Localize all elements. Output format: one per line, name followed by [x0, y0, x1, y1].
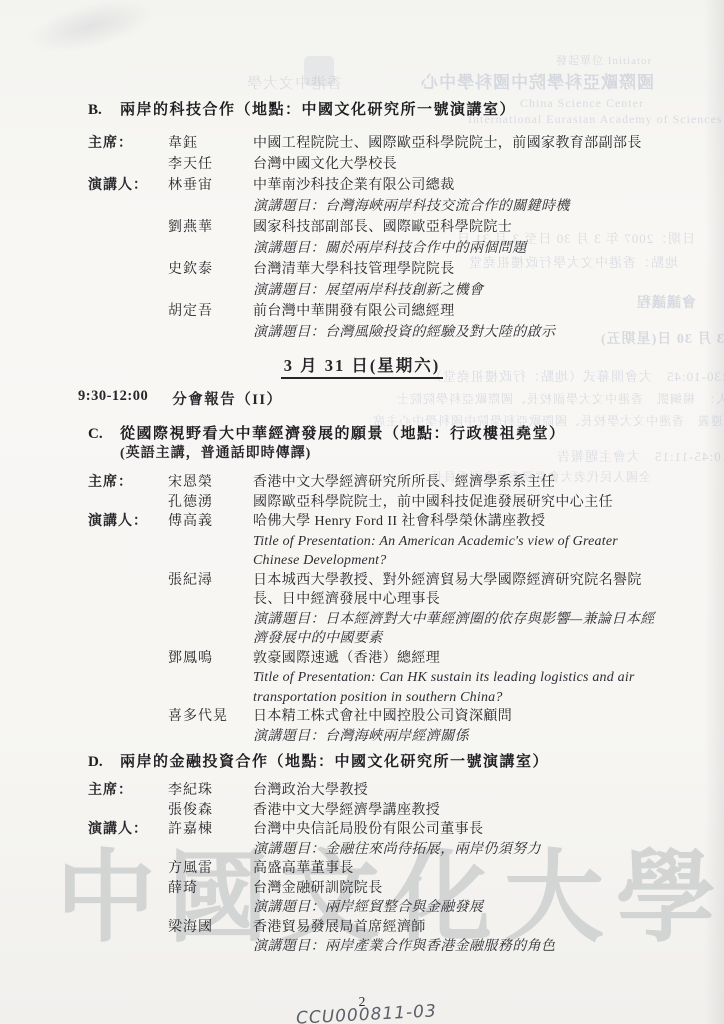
speaker-affiliation: 香港中文大學經濟學講座教授 — [253, 801, 666, 821]
speaker-affiliation: 日本城西大學教授、對外經濟貿易大學國際經濟研究院名譽院長、日中經濟發展中心理事長 — [253, 571, 666, 610]
scan-edge-shadow — [704, 0, 724, 1024]
speaker-name — [168, 668, 253, 707]
speaker-name — [168, 610, 253, 649]
time-range: 9:30-12:00 — [78, 388, 148, 409]
agenda-row: 演講題目：兩岸經貿整合與金融發展 — [88, 898, 666, 918]
session-title: 兩岸的科技合作（地點：中國文化研究所一號演講室） — [120, 100, 516, 120]
speaker-affiliation: 演講題目：台灣風險投資的經驗及對大陸的啟示 — [253, 322, 666, 343]
role-label — [88, 879, 168, 899]
speaker-name: 薛琦 — [168, 879, 253, 899]
speaker-name: 梁海國 — [168, 918, 253, 938]
speaker-name — [168, 238, 253, 259]
agenda-row: 張紀潯 日本城西大學教授、對外經濟貿易大學國際經濟研究院名譽院長、日中經濟發展中… — [88, 571, 666, 610]
agenda-row: 演講題目：關於兩岸科技合作中的兩個問題 — [88, 238, 666, 259]
agenda-row: Title of Presentation: An American Acade… — [88, 532, 666, 571]
speaker-affiliation: 敦豪國際速遞（香港）總經理 — [253, 649, 666, 669]
speaker-name: 宋恩榮 — [168, 473, 253, 493]
speaker-affiliation: 國家科技部副部長、國際歐亞科學院院士 — [253, 217, 666, 238]
session-d: D. 兩岸的金融投資合作（地點：中國文化研究所一號演講室） 主席： 李紀珠 台灣… — [88, 752, 666, 957]
session-letter: B. — [88, 100, 120, 120]
speaker-name: 方風雷 — [168, 859, 253, 879]
role-label — [88, 217, 168, 238]
time-slot-title: 分會報告（II） — [172, 388, 282, 409]
session-c: C. 從國際視野看大中華經濟發展的願景（地點：行政樓祖堯堂） (英語主講，普通話… — [88, 424, 666, 746]
session-title: 從國際視野看大中華經濟發展的願景（地點：行政樓祖堯堂） — [120, 424, 566, 444]
program-page-content: B. 兩岸的科技合作（地點：中國文化研究所一號演講室） 主席： 韋鈺 中國工程院… — [0, 0, 724, 1024]
speaker-name: 鄧鳳鳴 — [168, 649, 253, 669]
role-label — [88, 649, 168, 669]
time-slot: 9:30-12:00 分會報告（II） — [78, 388, 283, 409]
role-label — [88, 259, 168, 280]
speaker-affiliation: 台灣清華大學科技管理學院院長 — [253, 259, 666, 280]
agenda-row: 演講題目：台灣海峽兩岸科技交流合作的關鍵時機 — [88, 196, 666, 217]
role-label: 演講人： — [88, 820, 168, 840]
agenda-row: 演講題目：展望兩岸科技創新之機會 — [88, 280, 666, 301]
session-d-heading: D. 兩岸的金融投資合作（地點：中國文化研究所一號演講室） — [88, 752, 666, 772]
speaker-affiliation: 台灣中央信託局股份有限公司董事長 — [253, 820, 666, 840]
speaker-affiliation: 演講題目：關於兩岸科技合作中的兩個問題 — [253, 238, 666, 259]
speaker-affiliation: 高盛高華董事長 — [253, 859, 666, 879]
speaker-affiliation: 中國工程院院士、國際歐亞科學院院士，前國家教育部副部長 — [253, 133, 666, 154]
agenda-row: 胡定吾 前台灣中華開發有限公司總經理 — [88, 301, 666, 322]
speaker-name — [168, 898, 253, 918]
speaker-affiliation: 台灣政治大學教授 — [253, 781, 666, 801]
agenda-row: 梁海國 香港貿易發展局首席經濟師 — [88, 918, 666, 938]
speaker-affiliation: 演講題目：日本經濟對大中華經濟圈的依存與影響—兼論日本經濟發展中的中國要素 — [253, 610, 666, 649]
speaker-name: 許嘉棟 — [168, 820, 253, 840]
speaker-name: 韋鈺 — [168, 133, 253, 154]
agenda-row: 演講人： 許嘉棟 台灣中央信託局股份有限公司董事長 — [88, 820, 666, 840]
date-heading: 3 月 31 日(星期六) — [281, 352, 444, 379]
role-label — [88, 532, 168, 571]
speaker-name: 傅高義 — [168, 512, 253, 532]
speaker-name: 胡定吾 — [168, 301, 253, 322]
role-label — [88, 610, 168, 649]
agenda-row: 演講題目：日本經濟對大中華經濟圈的依存與影響—兼論日本經濟發展中的中國要素 — [88, 610, 666, 649]
speaker-affiliation: 香港貿易發展局首席經濟師 — [253, 918, 666, 938]
role-label: 主席： — [88, 133, 168, 154]
speaker-name — [168, 727, 253, 747]
agenda-row: 史欽泰 台灣清華大學科技管理學院院長 — [88, 259, 666, 280]
speaker-name — [168, 322, 253, 343]
role-label — [88, 801, 168, 821]
session-c-rows: 主席： 宋恩榮 香港中文大學經濟研究所所長、經濟學系系主任 孔德湧 國際歐亞科學… — [88, 473, 666, 746]
session-title: 兩岸的金融投資合作（地點：中國文化研究所一號演講室） — [120, 752, 549, 772]
speaker-name: 林垂宙 — [168, 175, 253, 196]
speaker-affiliation: 台灣金融研訓院院長 — [253, 879, 666, 899]
role-label — [88, 322, 168, 343]
speaker-name: 劉燕華 — [168, 217, 253, 238]
agenda-row: 演講題目：金融往來尚待拓展，兩岸仍須努力 — [88, 840, 666, 860]
speaker-affiliation: 演講題目：台灣海峽兩岸科技交流合作的關鍵時機 — [253, 196, 666, 217]
speaker-name: 李紀珠 — [168, 781, 253, 801]
speaker-affiliation: 演講題目：兩岸產業合作與香港金融服務的角色 — [253, 937, 666, 957]
agenda-row: 方風雷 高盛高華董事長 — [88, 859, 666, 879]
speaker-affiliation: 中華南沙科技企業有限公司總裁 — [253, 175, 666, 196]
speaker-affiliation: 國際歐亞科學院院士，前中國科技促進發展研究中心主任 — [253, 493, 666, 513]
speaker-name — [168, 840, 253, 860]
agenda-row: 演講人： 傅高義 哈佛大學 Henry Ford II 社會科學榮休講座教授 — [88, 512, 666, 532]
speaker-affiliation: 日本精工株式會社中國控股公司資深顧問 — [253, 707, 666, 727]
role-label — [88, 571, 168, 610]
agenda-row: Title of Presentation: Can HK sustain it… — [88, 668, 666, 707]
speaker-name: 喜多代晃 — [168, 707, 253, 727]
speaker-name: 孔德湧 — [168, 493, 253, 513]
agenda-row: 孔德湧 國際歐亞科學院院士，前中國科技促進發展研究中心主任 — [88, 493, 666, 513]
agenda-row: 演講題目：兩岸產業合作與香港金融服務的角色 — [88, 937, 666, 957]
role-label — [88, 918, 168, 938]
role-label — [88, 301, 168, 322]
session-d-rows: 主席： 李紀珠 台灣政治大學教授 張俊森 香港中文大學經濟學講座教授 演講人： … — [88, 781, 666, 957]
agenda-row: 主席： 宋恩榮 香港中文大學經濟研究所所長、經濟學系系主任 — [88, 473, 666, 493]
agenda-row: 鄧鳳鳴 敦豪國際速遞（香港）總經理 — [88, 649, 666, 669]
role-label — [88, 707, 168, 727]
role-label — [88, 668, 168, 707]
speaker-affiliation: 香港中文大學經濟研究所所長、經濟學系系主任 — [253, 473, 666, 493]
speaker-name: 史欽泰 — [168, 259, 253, 280]
role-label: 演講人： — [88, 175, 168, 196]
session-letter: C. — [88, 424, 120, 444]
role-label — [88, 859, 168, 879]
session-c-language-note: (英語主講，普通話即時傳譯) — [120, 444, 666, 464]
role-label — [88, 840, 168, 860]
speaker-affiliation: 演講題目：台灣海峽兩岸經濟關係 — [253, 727, 666, 747]
agenda-row: 演講題目：台灣海峽兩岸經濟關係 — [88, 727, 666, 747]
agenda-row: 喜多代晃 日本精工株式會社中國控股公司資深顧問 — [88, 707, 666, 727]
speaker-name — [168, 532, 253, 571]
scanned-document-page: { "document": { "page_number": "2", "arc… — [0, 0, 724, 1024]
agenda-row: 薛琦 台灣金融研訓院院長 — [88, 879, 666, 899]
session-b: B. 兩岸的科技合作（地點：中國文化研究所一號演講室） 主席： 韋鈺 中國工程院… — [88, 100, 666, 343]
role-label — [88, 937, 168, 957]
speaker-name: 李天任 — [168, 154, 253, 175]
speaker-affiliation: 演講題目：兩岸經貿整合與金融發展 — [253, 898, 666, 918]
speaker-name: 張紀潯 — [168, 571, 253, 610]
speaker-name — [168, 196, 253, 217]
role-label — [88, 898, 168, 918]
session-b-heading: B. 兩岸的科技合作（地點：中國文化研究所一號演講室） — [88, 100, 666, 120]
speaker-affiliation: Title of Presentation: Can HK sustain it… — [253, 668, 666, 707]
role-label — [88, 727, 168, 747]
role-label — [88, 238, 168, 259]
agenda-row: 演講人： 林垂宙 中華南沙科技企業有限公司總裁 — [88, 175, 666, 196]
role-label: 主席： — [88, 781, 168, 801]
role-label — [88, 196, 168, 217]
agenda-row: 張俊森 香港中文大學經濟學講座教授 — [88, 801, 666, 821]
date-heading-wrap: 3 月 31 日(星期六) — [0, 352, 724, 379]
speaker-affiliation: 演講題目：展望兩岸科技創新之機會 — [253, 280, 666, 301]
speaker-affiliation: 演講題目：金融往來尚待拓展，兩岸仍須努力 — [253, 840, 666, 860]
speaker-name — [168, 937, 253, 957]
session-letter: D. — [88, 752, 120, 772]
speaker-affiliation: Title of Presentation: An American Acade… — [253, 532, 666, 571]
agenda-row: 主席： 李紀珠 台灣政治大學教授 — [88, 781, 666, 801]
role-label: 主席： — [88, 473, 168, 493]
agenda-row: 演講題目：台灣風險投資的經驗及對大陸的啟示 — [88, 322, 666, 343]
speaker-affiliation: 台灣中國文化大學校長 — [253, 154, 666, 175]
speaker-affiliation: 哈佛大學 Henry Ford II 社會科學榮休講座教授 — [253, 512, 666, 532]
role-label: 演講人： — [88, 512, 168, 532]
session-b-rows: 主席： 韋鈺 中國工程院院士、國際歐亞科學院院士，前國家教育部副部長 李天任 台… — [88, 133, 666, 343]
agenda-row: 李天任 台灣中國文化大學校長 — [88, 154, 666, 175]
role-label — [88, 280, 168, 301]
speaker-name: 張俊森 — [168, 801, 253, 821]
role-label — [88, 493, 168, 513]
session-c-heading: C. 從國際視野看大中華經濟發展的願景（地點：行政樓祖堯堂） — [88, 424, 666, 444]
speaker-affiliation: 前台灣中華開發有限公司總經理 — [253, 301, 666, 322]
agenda-row: 主席： 韋鈺 中國工程院院士、國際歐亞科學院院士，前國家教育部副部長 — [88, 133, 666, 154]
agenda-row: 劉燕華 國家科技部副部長、國際歐亞科學院院士 — [88, 217, 666, 238]
role-label — [88, 154, 168, 175]
speaker-name — [168, 280, 253, 301]
